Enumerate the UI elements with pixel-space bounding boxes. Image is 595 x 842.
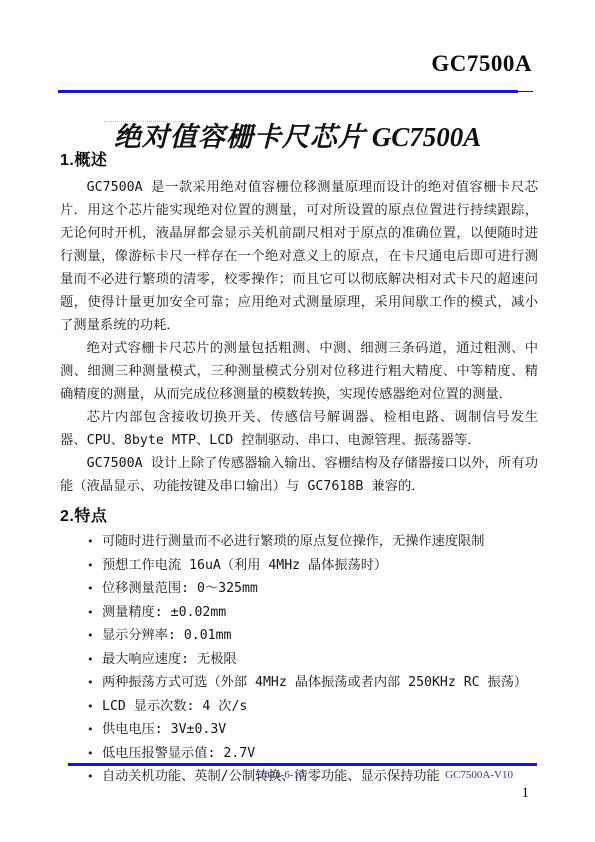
feature-item: 显示分辨率: 0.01mm (60, 624, 538, 648)
feature-item: 测量精度: ±0.02mm (60, 601, 538, 625)
overview-paragraph: 芯片内部包含接收切换开关、传感信号解调器、检相电路、调制信号发生器、CPU、8b… (60, 406, 538, 452)
feature-list: 可随时进行测量而不必进行繁琐的原点复位操作，无操作速度限制 预想工作电流 16u… (60, 530, 538, 789)
footer-rule (68, 763, 537, 766)
feature-item: 可随时进行测量而不必进行繁琐的原点复位操作，无操作速度限制 (60, 530, 538, 554)
overview-paragraph: 绝对式容栅卡尺芯片的测量包括粗测、中测、细测三条码道，通过粗测、中测、细测三种测… (60, 337, 538, 406)
header-rule-dash (518, 91, 533, 92)
feature-item: 两种振荡方式可选（外部 4MHz 晶体振荡或者内部 250KHz RC 振荡） (60, 671, 538, 695)
section-heading-features: 2.特点 (60, 506, 538, 528)
feature-item: 预想工作电流 16uA（利用 4MHz 晶体振荡时） (60, 554, 538, 578)
footer-doc-version: GC7500A-V10 (445, 769, 513, 781)
page-title-chinese: 绝对值容栅卡尺芯片 (114, 122, 366, 152)
page-title-part-number: GC7500A (366, 122, 482, 152)
feature-item: LCD 显示次数: 4 次/s (60, 695, 538, 719)
overview-paragraph: GC7500A 是一款采用绝对值容栅位移测量原理而设计的绝对值容栅卡尺芯片．用这… (60, 176, 538, 337)
page-number: 1 (522, 785, 530, 802)
datasheet-page: GC7500A 绝对值容栅卡尺芯片GC7500A 1.概述 GC7500A 是一… (0, 0, 595, 842)
main-content: 1.概述 GC7500A 是一款采用绝对值容栅位移测量原理而设计的绝对值容栅卡尺… (60, 150, 538, 789)
page-footer: 2021-6-10 GC7500A-V10 1 (0, 761, 595, 842)
feature-item: 供电电压: 3V±0.3V (60, 718, 538, 742)
section-heading-overview: 1.概述 (60, 150, 538, 172)
page-title: 绝对值容栅卡尺芯片GC7500A (0, 115, 595, 154)
header-rule (58, 90, 518, 93)
feature-item: 最大响应速度: 无极限 (60, 648, 538, 672)
overview-paragraph: GC7500A 设计上除了传感器输入输出、容栅结构及存储器接口以外，所有功能（液… (60, 452, 538, 498)
header-product-name: GC7500A (431, 51, 532, 77)
feature-item: 位移测量范围: 0～325mm (60, 577, 538, 601)
